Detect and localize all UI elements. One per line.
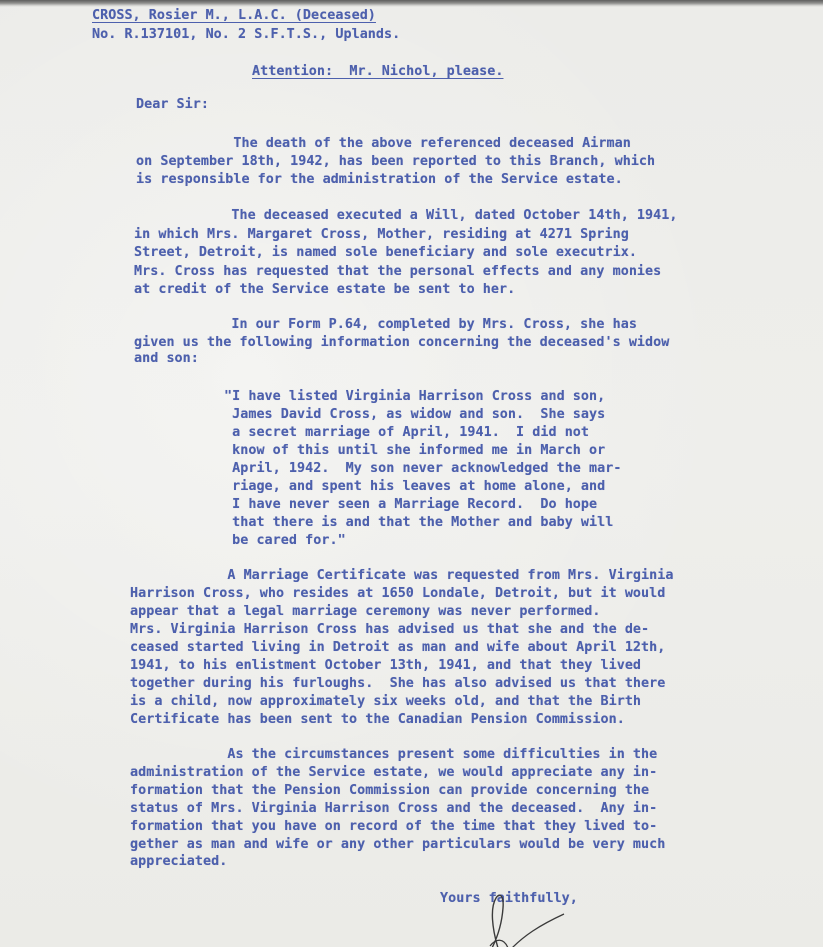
paragraph-line: administration of the Service estate, we… — [130, 764, 657, 782]
paragraph-line: Certificate has been sent to the Canadia… — [130, 711, 625, 729]
paragraph-line: is responsible for the administration of… — [136, 171, 623, 189]
paragraph-line: in which Mrs. Margaret Cross, Mother, re… — [134, 226, 629, 244]
paragraph-line: ceased started living in Detroit as man … — [130, 639, 665, 657]
paragraph-line: status of Mrs. Virginia Harrison Cross a… — [130, 800, 657, 818]
quote-line: I have never seen a Marriage Record. Do … — [224, 496, 597, 514]
paragraph-line: Mrs. Cross has requested that the person… — [134, 263, 661, 281]
paragraph-line: Harrison Cross, who resides at 1650 Lond… — [130, 585, 665, 603]
paragraph-line: The deceased executed a Will, dated Octo… — [134, 207, 678, 225]
paragraph-line: on September 18th, 1942, has been report… — [136, 153, 655, 171]
paragraph-line: 1941, to his enlistment October 13th, 19… — [130, 657, 641, 675]
document-page: CROSS, Rosier M., L.A.C. (Deceased) No. … — [0, 0, 823, 947]
paragraph-line: In our Form P.64, completed by Mrs. Cros… — [134, 316, 637, 334]
handwritten-signature-icon — [478, 888, 578, 947]
paragraph-line: at credit of the Service estate be sent … — [134, 281, 515, 299]
paragraph-line: and son: — [134, 350, 199, 368]
paragraph-line: formation that the Pension Commission ca… — [130, 782, 649, 800]
paragraph-line: given us the following information conce… — [134, 334, 669, 352]
paragraph-line: appreciated. — [130, 853, 227, 871]
quote-line: riage, and spent his leaves at home alon… — [224, 478, 605, 496]
page-top-edge-shadow — [0, 0, 823, 7]
paragraph-line: appear that a legal marriage ceremony wa… — [130, 603, 601, 621]
paragraph-line: gether as man and wife or any other part… — [130, 836, 665, 854]
quote-line: a secret marriage of April, 1941. I did … — [224, 424, 589, 442]
paragraph-line: is a child, now approximately six weeks … — [130, 693, 641, 711]
quote-line: know of this until she informed me in Ma… — [224, 442, 605, 460]
quote-line: be cared for." — [224, 532, 346, 550]
paragraph-line: formation that you have on record of the… — [130, 818, 657, 836]
paragraph-line: together during his furloughs. She has a… — [130, 675, 665, 693]
quote-line: that there is and that the Mother and ba… — [224, 514, 613, 532]
paragraph-line: The death of the above referenced deceas… — [136, 135, 631, 153]
quote-line: James David Cross, as widow and son. She… — [224, 406, 605, 424]
subject-line-1: CROSS, Rosier M., L.A.C. (Deceased) — [92, 7, 376, 25]
paragraph-line: Mrs. Virginia Harrison Cross has advised… — [130, 621, 649, 639]
paragraph-line: A Marriage Certificate was requested fro… — [130, 567, 674, 585]
salutation: Dear Sir: — [136, 96, 209, 114]
subject-line-2: No. R.137101, No. 2 S.F.T.S., Uplands. — [92, 26, 400, 44]
paragraph-line: Street, Detroit, is named sole beneficia… — [134, 244, 637, 262]
paragraph-line: As the circumstances present some diffic… — [130, 746, 657, 764]
quote-line: April, 1942. My son never acknowledged t… — [224, 460, 621, 478]
attention-line: Attention: Mr. Nichol, please. — [252, 63, 503, 81]
quote-line: "I have listed Virginia Harrison Cross a… — [224, 388, 605, 406]
